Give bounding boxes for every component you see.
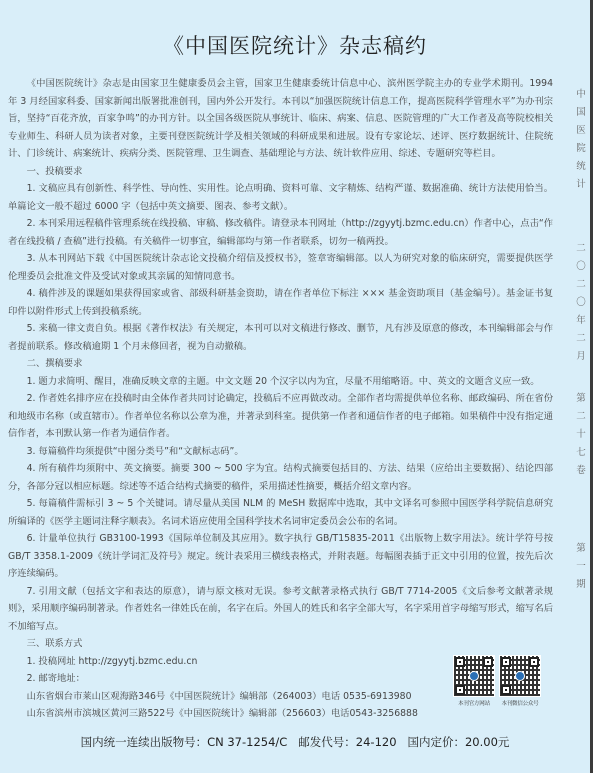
writing-item: 1. 题力求简明、醒目，准确反映文章的主题。中文文题 20 个汉字以内为宜，尽量… (8, 373, 553, 391)
side-label-text: 第一期 (574, 540, 588, 594)
side-label-date: 二〇二〇年二月 (574, 240, 588, 366)
publication-info-footer: 国内统一连续出版物号：CN 37-1254/C 邮发代号：24-120 国内定价… (0, 734, 590, 750)
section-heading-writing: 二、撰稿要求 (8, 355, 553, 373)
page-title: 《中国医院统计》杂志稿约 (0, 30, 590, 60)
side-label-issue: 第一期 (574, 540, 588, 594)
side-label-text: 第二十七卷 (574, 390, 588, 480)
submission-item: 4. 稿件涉及的课题如果获得国家或省、部级科研基金资助，请在作者单位下标注 ××… (8, 285, 553, 320)
qr-code-icon (499, 655, 541, 697)
side-label-text: 中国医院统计 (574, 86, 588, 194)
writing-item: 7. 引用文献（包括文字和表达的原意），请与原文核对无误。参考文献著录格式执行 … (8, 583, 553, 636)
writing-item: 2. 作者姓名排序应在投稿时由全体作者共同讨论确定，投稿后不应再做改动。全部作者… (8, 390, 553, 443)
writing-item: 5. 每篇稿件需标引 3 ~ 5 个关键词。请尽量从美国 NLM 的 MeSH … (8, 495, 553, 530)
submission-item: 1. 文稿应具有创新性、科学性、导向性、实用性。论点明确、资料可靠、文字精炼、结… (8, 180, 553, 215)
submission-item: 5. 来稿一律文责自负。根据《著作权法》有关规定，本刊可以对文稿进行修改、删节，… (8, 320, 553, 355)
section-heading-contact: 三、联系方式 (8, 635, 553, 653)
side-label-text: 二〇二〇年二月 (574, 240, 588, 366)
intro-paragraph: 《中国医院统计》杂志是由国家卫生健康委员会主管，国家卫生健康委统计信息中心、滨州… (8, 75, 553, 163)
writing-item: 3. 每篇稿件均须提供“中图分类号”和“文献标志码”。 (8, 443, 553, 461)
side-label-volume: 第二十七卷 (574, 390, 588, 480)
side-label-journal: 中国医院统计 (574, 86, 588, 194)
submission-item: 3. 从本刊网站下载《中国医院统计杂志论文投稿介绍信及授权书》，签章寄编辑部。以… (8, 250, 553, 285)
submission-item: 2. 本刊采用远程稿件管理系统在线投稿、审稿、修改稿件。请登录本刊网址（http… (8, 215, 553, 250)
qr-caption: 本刊微信公众号 (499, 699, 541, 707)
writing-item: 6. 计量单位执行 GB3100-1993《国际单位制及其应用》。数字执行 GB… (8, 530, 553, 583)
qr-code-icon (453, 655, 495, 697)
section-heading-submission: 一、投稿要求 (8, 163, 553, 181)
qr-wechat-account[interactable]: 本刊微信公众号 (499, 655, 541, 707)
address-binzhou: 山东省滨州市滨城区黄河三路522号《中国医院统计》编辑部（256603）电话05… (8, 705, 553, 723)
notice-body: 《中国医院统计》杂志是由国家卫生健康委员会主管，国家卫生健康委统计信息中心、滨州… (8, 75, 553, 723)
journal-notice-page: 《中国医院统计》杂志稿约 《中国医院统计》杂志是由国家卫生健康委员会主管，国家卫… (0, 0, 590, 773)
qr-caption: 本刊官方网站 (453, 699, 495, 707)
writing-item: 4. 所有稿件均须附中、英文摘要。摘要 300 ~ 500 字为宜。结构式摘要包… (8, 460, 553, 495)
qr-official-website[interactable]: 本刊官方网站 (453, 655, 495, 707)
